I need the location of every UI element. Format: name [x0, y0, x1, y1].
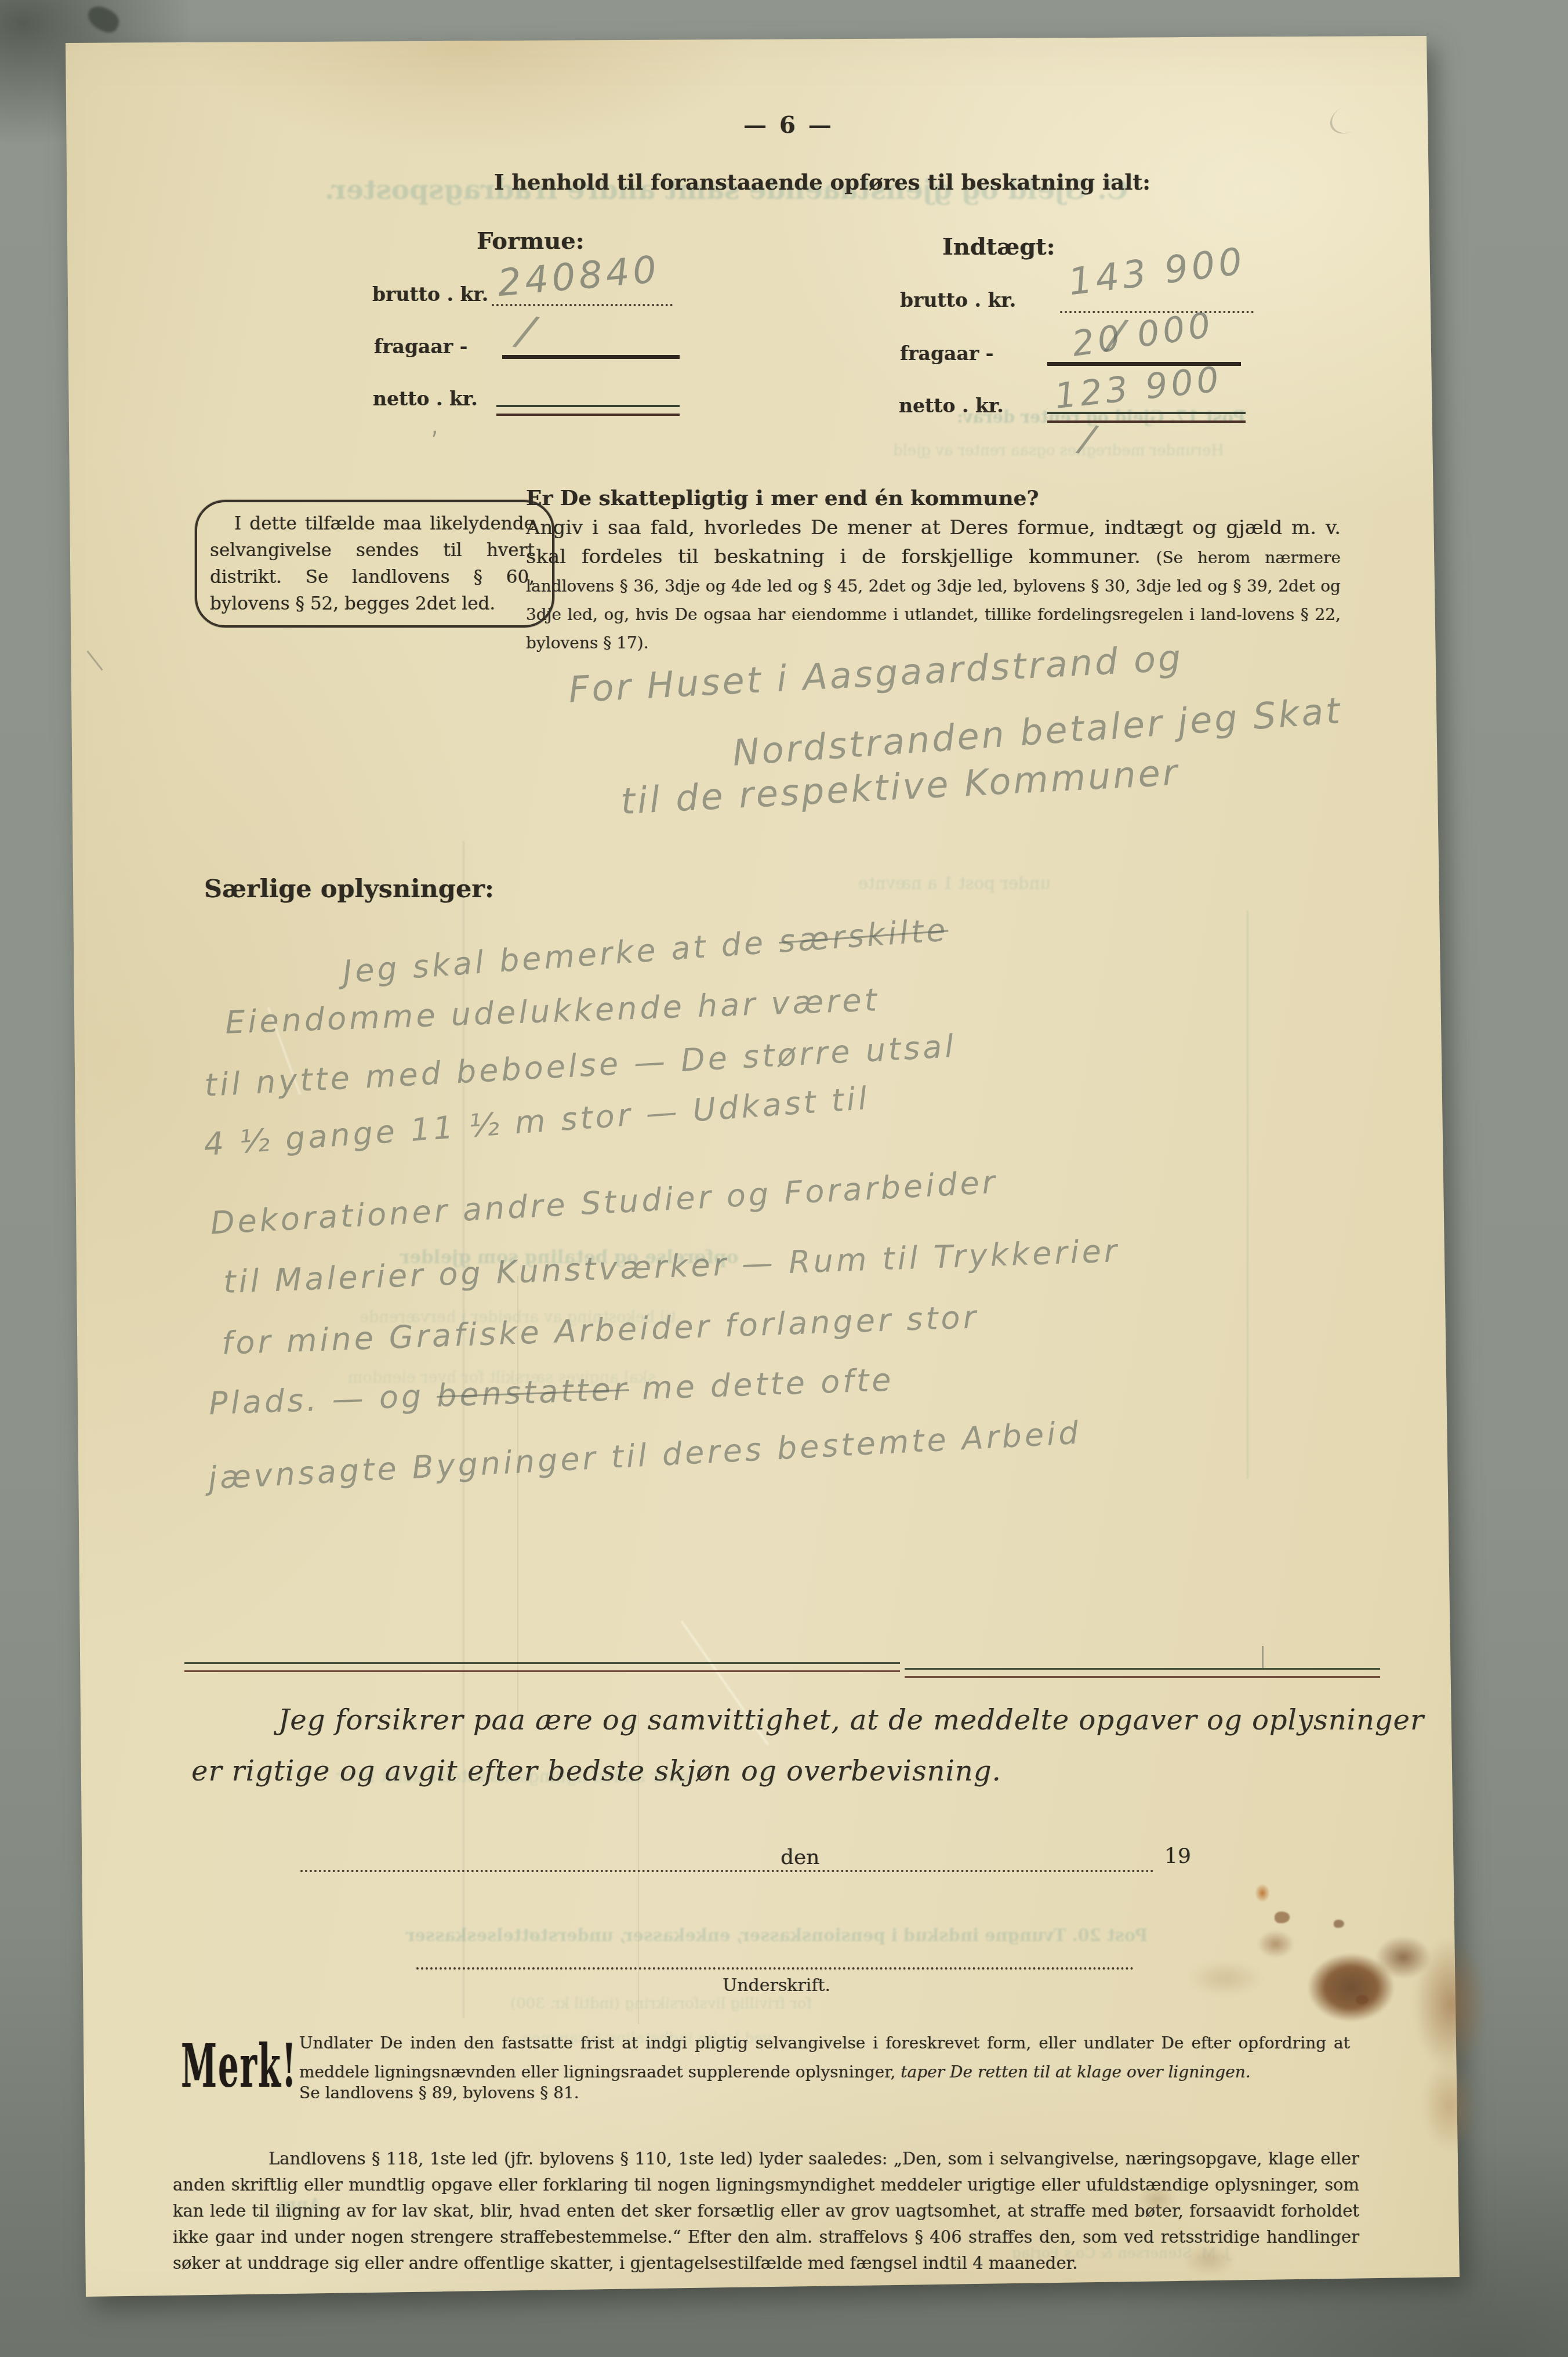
formue-fragaar-line [502, 355, 680, 359]
underskrift-label: Underskrift. [723, 1975, 830, 1996]
bleedthrough-rule [1247, 911, 1248, 1479]
bleedthrough-text: for frivillig livsforsikring (indtil kr.… [510, 1995, 812, 2012]
saerlige-heading: Særlige oplysninger: [204, 875, 494, 904]
formue-netto-label: netto . kr. [373, 387, 478, 410]
indtaegt-title: Indtægt: [942, 233, 1055, 260]
merk-paragraph: Undlater De inden den fastsatte frist at… [299, 2030, 1350, 2088]
formue-brutto-label: brutto . kr. [372, 283, 488, 306]
page-number: — 6 — [743, 111, 834, 139]
declaration-line2: er rigtige og avgit efter bedste skjøn o… [191, 1755, 1001, 1787]
indtaegt-brutto-label: brutto . kr. [900, 289, 1016, 311]
date-den-label: den [781, 1845, 820, 1869]
signature-line [416, 1967, 1134, 1970]
merk-body-italic: taper De retten til at klage over lignin… [901, 2062, 1250, 2082]
bleedthrough-text: under post 1 a nævnte [858, 873, 1051, 893]
hw-strike-text: benstatter [436, 1370, 630, 1414]
bleedthrough-text: Herunder medregnes ogsaa renter av gjeld [893, 442, 1224, 459]
merk-body-ref: Se landlovens § 89, bylovens § 81. [299, 2083, 579, 2102]
indtaegt-netto-label: netto . kr. [899, 394, 1004, 417]
intro-heading: I henhold til foranstaaende opføres til … [494, 169, 1150, 195]
separator-rule-left [184, 1662, 900, 1672]
district-note-text: I dette tilfælde maa likelydende selvang… [210, 510, 535, 617]
formue-title: Formue: [477, 227, 585, 255]
merk-title: Merk! [181, 2031, 297, 2102]
formue-fragaar-label: fragaar - [374, 335, 467, 358]
declaration-line1: Jeg forsikrer paa ære og samvittighet, a… [278, 1704, 1424, 1736]
law-paragraph: Landlovens § 118, 1ste led (jfr. byloven… [173, 2146, 1359, 2276]
pencil-tick [1262, 1646, 1264, 1668]
kommune-heading: Er De skattepligtig i mer end én kommune… [526, 486, 1039, 510]
bleedthrough-text: Post 20. Tvungne indskud i pensionskasse… [406, 1926, 1148, 1945]
indtaegt-fragaar-label: fragaar - [900, 342, 993, 365]
date-year-prefix: 19 [1164, 1844, 1191, 1868]
formue-brutto-line [492, 304, 673, 306]
date-line [300, 1870, 1154, 1872]
separator-rule-right [905, 1668, 1380, 1678]
kommune-paragraph: Angiv i saa fald, hvorledes De mener at … [526, 515, 1341, 658]
formue-netto-line [496, 405, 680, 416]
